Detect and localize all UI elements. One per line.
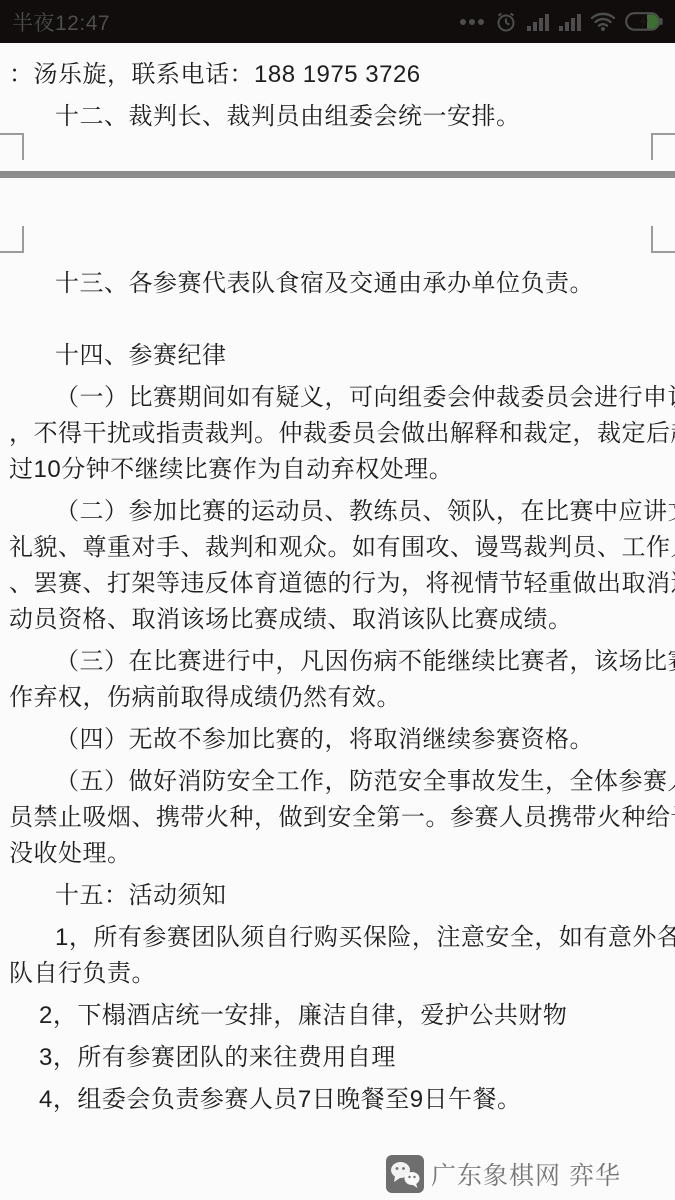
document-line: 1，所有参赛团队须自行购买保险，注意安全，如有意外各团 — [9, 920, 666, 956]
wechat-icon — [386, 1155, 424, 1193]
document-line: 十四、参赛纪律 — [9, 338, 666, 374]
document-line: 动员资格、取消该场比赛成绩、取消该队比赛成绩。 — [9, 602, 666, 638]
document-page-1[interactable]: ：汤乐旋，联系电话：188 1975 3726十二、裁判长、裁判员由组委会统一安… — [0, 43, 675, 138]
document-line: （五）做好消防安全工作，防范安全事故发生，全体参赛人 — [9, 764, 666, 800]
battery-charging-icon — [625, 11, 663, 32]
document-line: 十二、裁判长、裁判员由组委会统一安排。 — [9, 96, 666, 138]
document-line: ，不得干扰或指责裁判。仲裁委员会做出解释和裁定，裁定后超 — [9, 416, 666, 452]
document-line: 3，所有参赛团队的来往费用自理 — [9, 1040, 666, 1076]
alarm-clock-icon — [495, 11, 517, 33]
document-page-2[interactable]: 十三、各参赛代表队食宿及交通由承办单位负责。十四、参赛纪律（一）比赛期间如有疑义… — [0, 262, 675, 1118]
status-bar: 半夜12:47 — [0, 0, 675, 43]
document-line: 没收处理。 — [9, 836, 666, 872]
document-line: 礼貌、尊重对手、裁判和观众。如有围攻、谩骂裁判员、工作人员 — [9, 530, 666, 566]
signal-bars-sim2-icon — [559, 13, 581, 31]
watermark: 广东象棋网 弈华 — [386, 1155, 621, 1193]
document-line: 十三、各参赛代表队食宿及交通由承办单位负责。 — [9, 266, 666, 302]
signal-bars-sim1-icon — [527, 13, 549, 31]
page-separator-bar — [0, 171, 675, 178]
page-corner-mark-bottom-left — [0, 226, 24, 253]
page-corner-mark-bottom-right — [651, 226, 675, 253]
document-line: 、罢赛、打架等违反体育道德的行为，将视情节轻重做出取消运 — [9, 566, 666, 602]
status-time: 半夜12:47 — [12, 7, 110, 37]
document-line: （一）比赛期间如有疑义，可向组委会仲裁委员会进行申诉 — [9, 380, 666, 416]
watermark-text: 广东象棋网 弈华 — [431, 1156, 621, 1192]
document-line: ：汤乐旋，联系电话：188 1975 3726 — [9, 54, 666, 96]
document-line: 4，组委会负责参赛人员7日晚餐至9日午餐。 — [9, 1082, 666, 1118]
wifi-icon — [591, 12, 615, 31]
status-icons — [459, 11, 663, 33]
document-line: （四）无故不参加比赛的，将取消继续参赛资格。 — [9, 722, 666, 758]
phone-screen: { "status_bar": { "time": "半夜12:47", "ic… — [0, 0, 675, 1200]
document-line: 十五：活动须知 — [9, 878, 666, 914]
document-line: 队自行负责。 — [9, 956, 666, 992]
document-line: 过10分钟不继续比赛作为自动弃权处理。 — [9, 452, 666, 488]
page-corner-mark-top-left — [0, 133, 24, 160]
document-line: （三）在比赛进行中，凡因伤病不能继续比赛者，该场比赛 — [9, 644, 666, 680]
document-line: 2，下榻酒店统一安排，廉洁自律，爱护公共财物 — [9, 998, 666, 1034]
page-break-zone — [0, 133, 675, 253]
document-line: 作弃权，伤病前取得成绩仍然有效。 — [9, 680, 666, 716]
overflow-dots-icon — [459, 18, 485, 26]
document-line: （二）参加比赛的运动员、教练员、领队，在比赛中应讲文明 — [9, 494, 666, 530]
page-corner-mark-top-right — [651, 133, 675, 160]
document-line: 员禁止吸烟、携带火种，做到安全第一。参赛人员携带火种给予 — [9, 800, 666, 836]
